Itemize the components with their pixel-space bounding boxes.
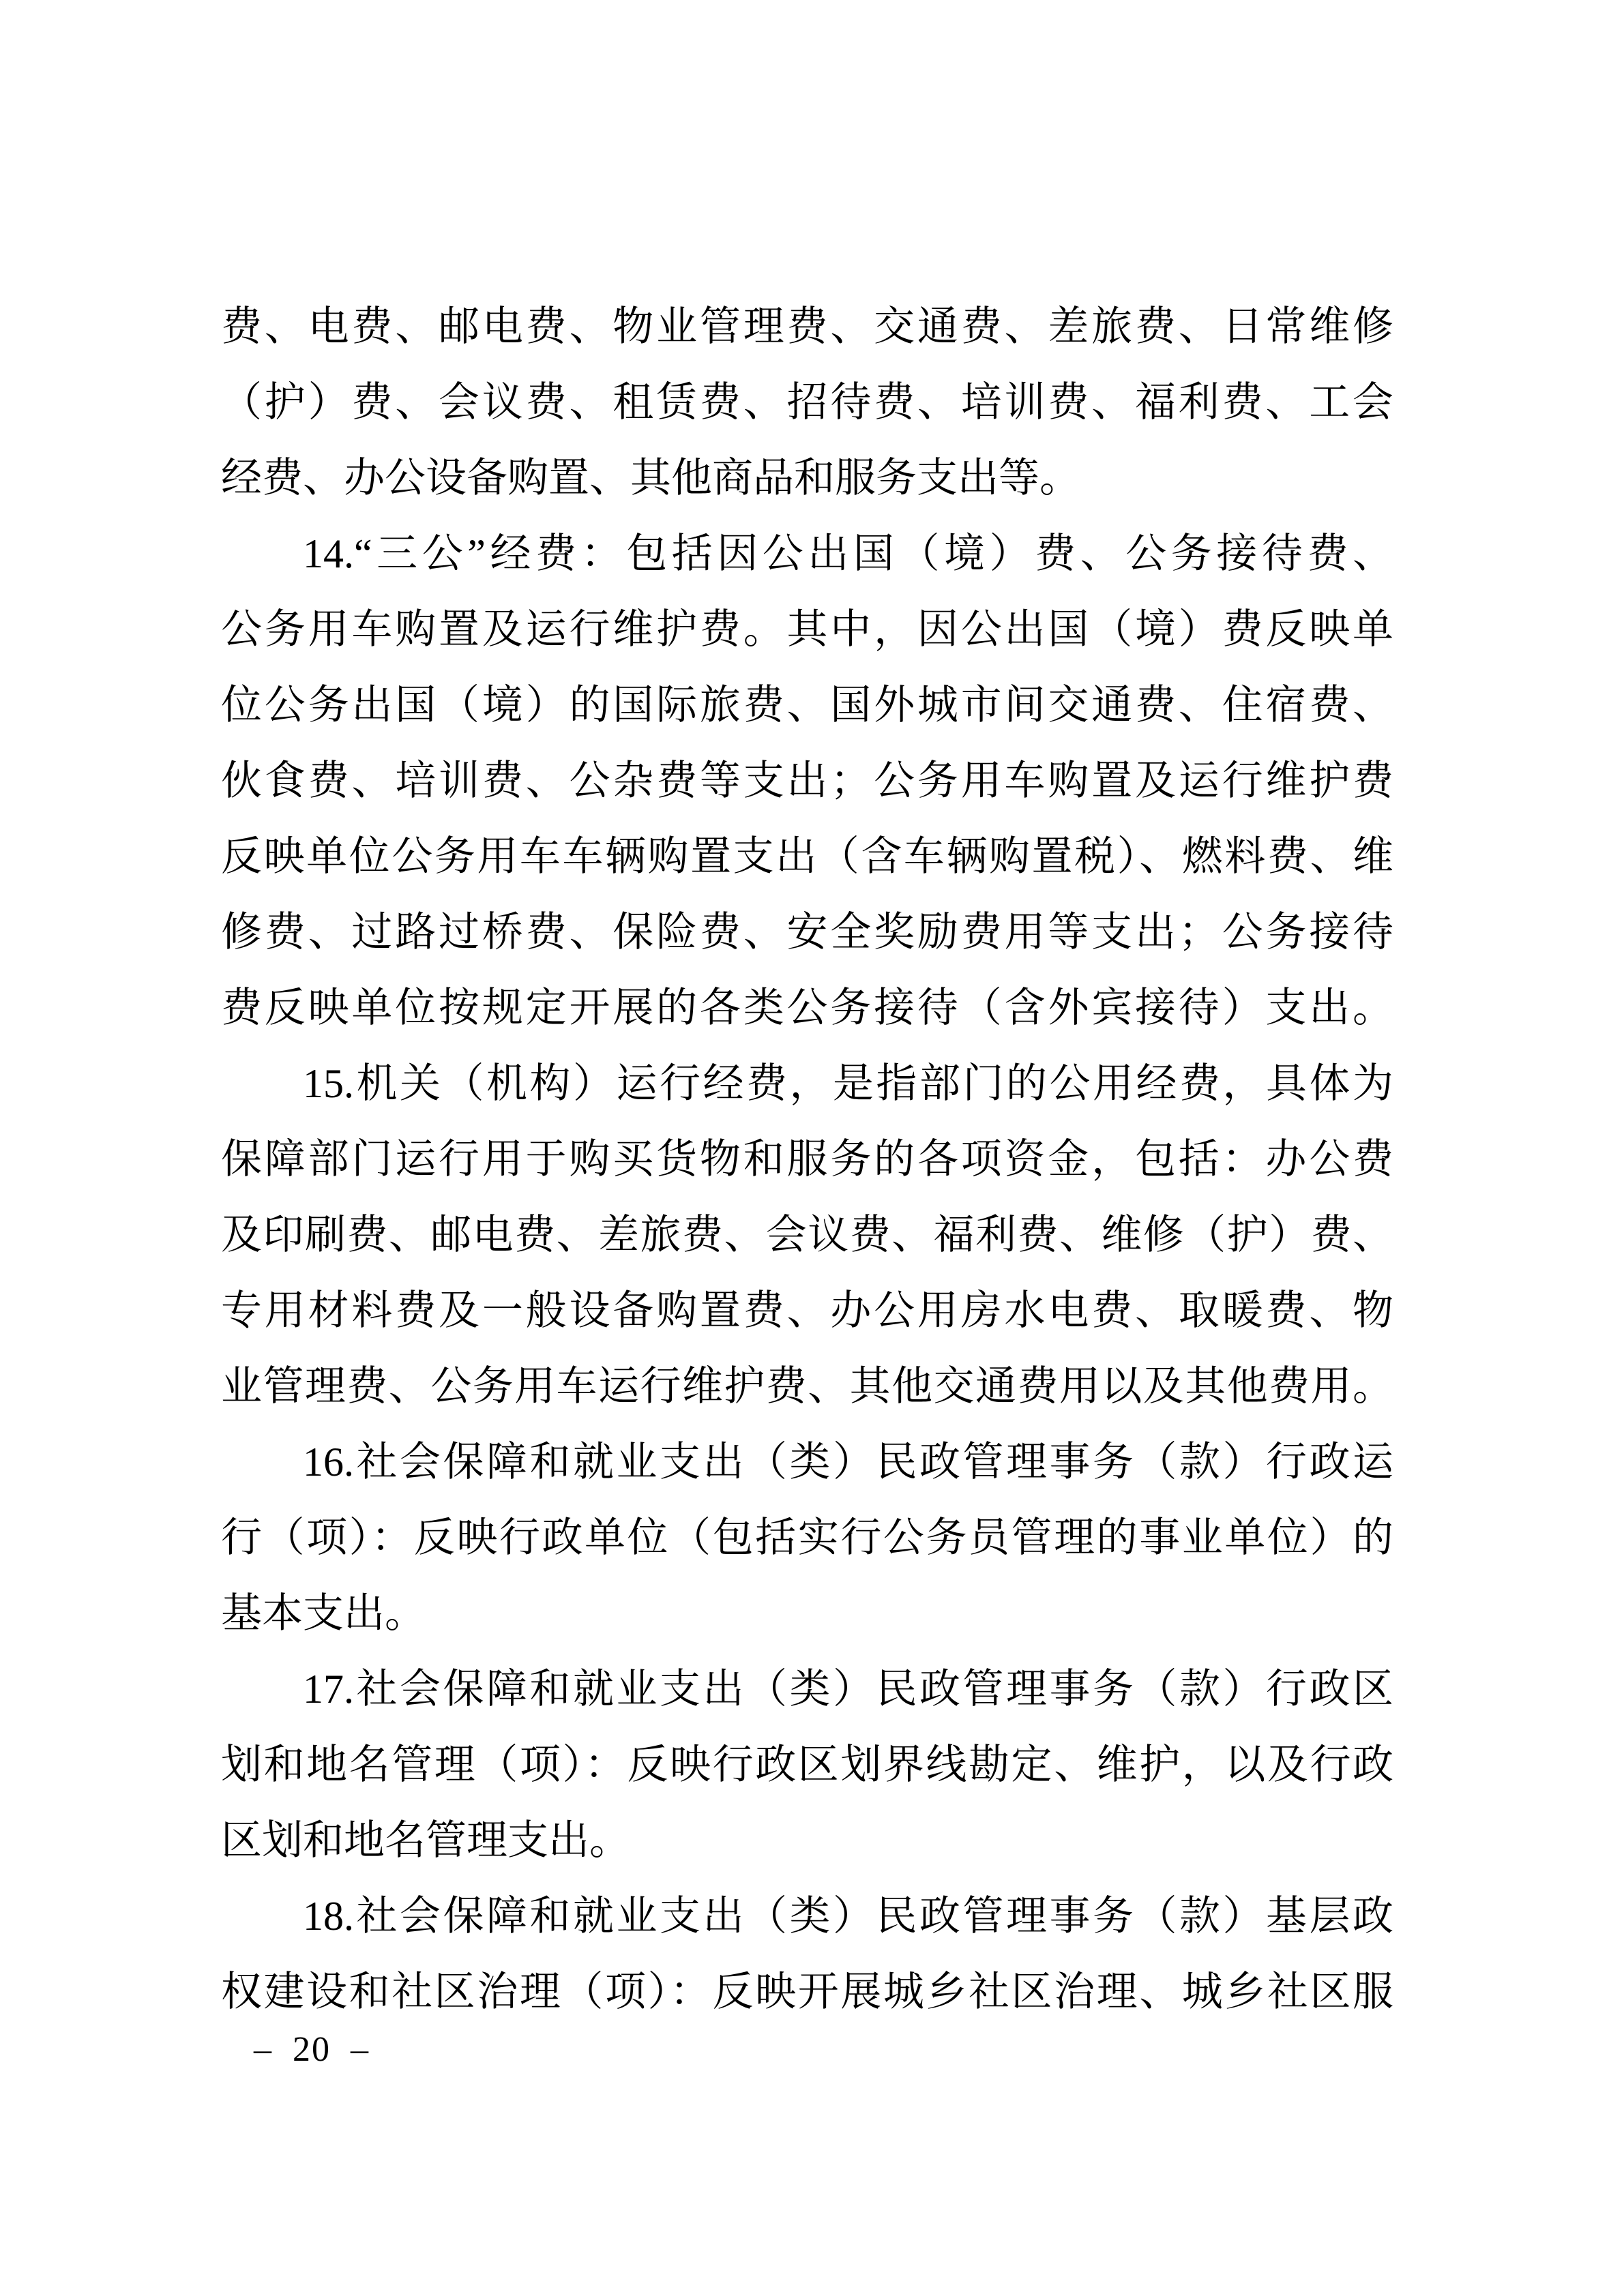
- text-line: 保障部门运行用于购买货物和服务的各项资金，包括：办公费: [221, 1122, 1393, 1197]
- page-number: – 20 –: [254, 2032, 370, 2068]
- text-line: 费反映单位按规定开展的各类公务接待（含外宾接待）支出。: [221, 970, 1393, 1046]
- text-line: 16.社会保障和就业支出（类）民政管理事务（款）行政运: [221, 1425, 1393, 1500]
- text-line: 15.机关（机构）运行经费，是指部门的公用经费，具体为: [221, 1046, 1393, 1122]
- text-line: 经费、办公设备购置、其他商品和服务支出等。: [221, 441, 1393, 516]
- text-line: 反映单位公务用车车辆购置支出（含车辆购置税）、燃料费、维: [221, 819, 1393, 895]
- text-line: 14.“三公”经费：包括因公出国（境）费、公务接待费、: [221, 516, 1393, 592]
- text-line: 业管理费、公务用车运行维护费、其他交通费用以及其他费用。: [221, 1349, 1393, 1425]
- text-line: 伙食费、培训费、公杂费等支出；公务用车购置及运行维护费: [221, 743, 1393, 819]
- text-line: 修费、过路过桥费、保险费、安全奖励费用等支出；公务接待: [221, 895, 1393, 970]
- text-line: 划和地名管理（项）：反映行政区划界线勘定、维护，以及行政: [221, 1727, 1393, 1803]
- text-line: 行（项）：反映行政单位（包括实行公务员管理的事业单位）的: [221, 1500, 1393, 1576]
- text-block: 费、电费、邮电费、物业管理费、交通费、差旅费、日常维修（护）费、会议费、租赁费、…: [221, 289, 1393, 2030]
- text-line: 位公务出国（境）的国际旅费、国外城市间交通费、住宿费、: [221, 668, 1393, 743]
- text-line: 基本支出。: [221, 1576, 1393, 1652]
- text-line: 权建设和社区治理（项）：反映开展城乡社区治理、城乡社区服: [221, 1954, 1393, 2030]
- text-line: （护）费、会议费、租赁费、招待费、培训费、福利费、工会: [221, 365, 1393, 441]
- document-page: 费、电费、邮电费、物业管理费、交通费、差旅费、日常维修（护）费、会议费、租赁费、…: [0, 0, 1624, 2296]
- text-line: 18.社会保障和就业支出（类）民政管理事务（款）基层政: [221, 1879, 1393, 1954]
- text-line: 专用材料费及一般设备购置费、办公用房水电费、取暖费、物: [221, 1273, 1393, 1349]
- text-line: 及印刷费、邮电费、差旅费、会议费、福利费、维修（护）费、: [221, 1197, 1393, 1273]
- text-line: 费、电费、邮电费、物业管理费、交通费、差旅费、日常维修: [221, 289, 1393, 365]
- text-line: 区划和地名管理支出。: [221, 1803, 1393, 1879]
- text-line: 公务用车购置及运行维护费。其中，因公出国（境）费反映单: [221, 592, 1393, 668]
- text-line: 17.社会保障和就业支出（类）民政管理事务（款）行政区: [221, 1652, 1393, 1727]
